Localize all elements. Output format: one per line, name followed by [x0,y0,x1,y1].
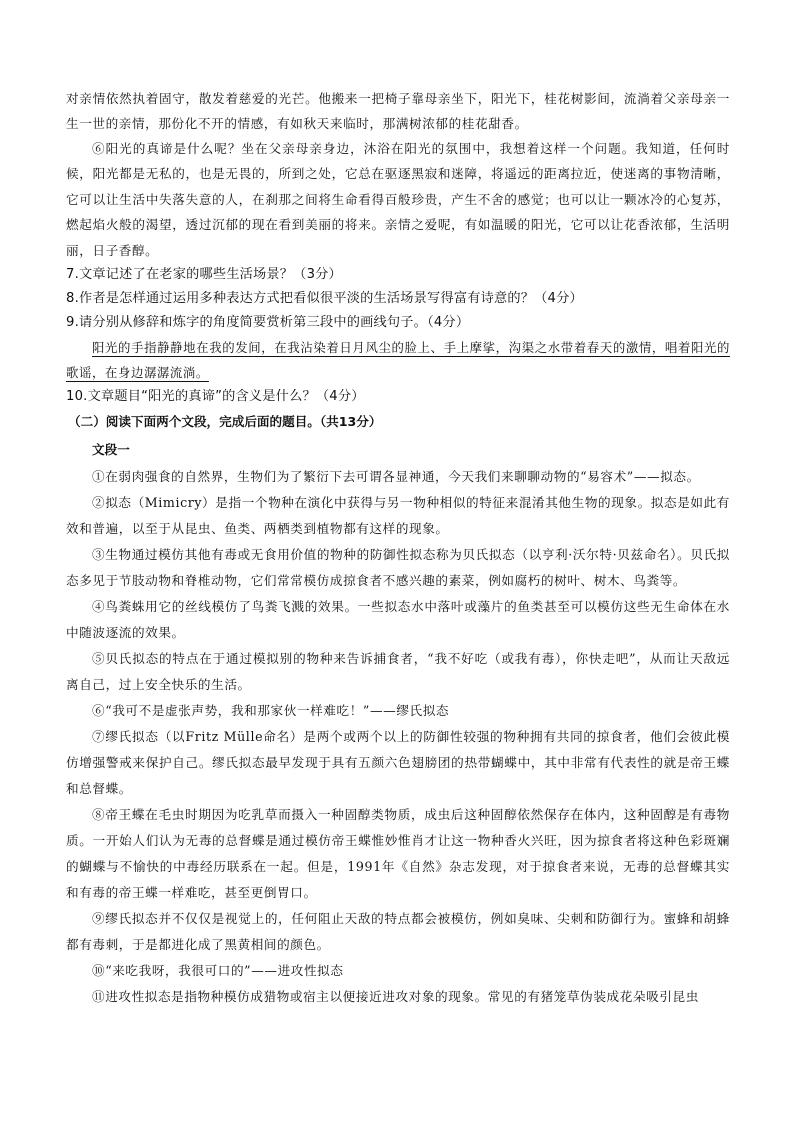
question-8: 8.作者是怎样通过运用多种表达方式把看似很平淡的生活场景写得富有诗意的？（4分） [66,287,730,311]
passage-paragraph-6: ⑥阳光的真谛是什么呢？坐在父亲母亲身边，沐浴在阳光的氛围中，我想着这样一个问题。… [66,136,730,263]
article-paragraph-4: ④鸟粪蛛用它的丝线模仿了鸟粪飞溅的效果。一些拟态水中落叶或藻片的鱼类甚至可以模仿… [66,594,730,646]
exam-page: 对亲情依然执着固守，散发着慈爱的光芒。他搬来一把椅子靠母亲坐下，阳光下，桂花树影… [66,86,730,1010]
question-number: 7. [66,267,79,282]
article-paragraph-3: ③生物通过模仿其他有毒或无食用价值的物种的防御性拟态称为贝氏拟态（以亨利·沃尔特… [66,542,730,594]
question-10: 10.文章题目“阳光的真谛”的含义是什么？（4分） [66,385,730,409]
question-number: 9. [66,315,79,330]
question-7: 7.文章记述了在老家的哪些生活场景？（3分） [66,263,730,287]
article-paragraph-11: ⑪进攻性拟态是指物种模仿成猎物或宿主以便接近进攻对象的现象。常见的有猪笼草伪装成… [66,984,730,1010]
excerpt-one-title: 文段一 [66,436,730,464]
underlined-sentence-text: 阳光的手指静静地在我的发间，在我沾染着日月风尘的脸上、手上摩挲，沟渠之水带着春天… [66,340,730,380]
article-paragraph-9: ⑨缪氏拟态并不仅仅是视觉上的，任何阻止天敌的特点都会被模仿，例如臭味、尖刺和防御… [66,906,730,958]
question-number: 8. [66,291,79,306]
article-paragraph-1: ①在弱肉强食的自然界，生物们为了繁衍下去可谓各显神通，今天我们来聊聊动物的“易容… [66,464,730,490]
article-paragraph-7: ⑦缪氏拟态（以Fritz Mülle命名）是两个或两个以上的防御性较强的物种拥有… [66,724,730,802]
question-list: 7.文章记述了在老家的哪些生活场景？（3分） 8.作者是怎样通过运用多种表达方式… [66,263,730,409]
article-paragraph-6: ⑥“我可不是虚张声势，我和那家伙一样难吃！”——缪氏拟态 [66,698,730,724]
article-paragraph-5: ⑤贝氏拟态的特点在于通过模拟别的物种来告诉捕食者，“我不好吃（或我有毒），你快走… [66,646,730,698]
question-text: 文章题目“阳光的真谛”的含义是什么？（4分） [88,389,365,404]
question-text: 作者是怎样通过运用多种表达方式把看似很平淡的生活场景写得富有诗意的？（4分） [79,291,583,306]
passage-continuation: 对亲情依然执着固守，散发着慈爱的光芒。他搬来一把椅子靠母亲坐下，阳光下，桂花树影… [66,86,730,136]
section-two-title: （二）阅读下面两个文段，完成后面的题目。（共13分） [66,409,730,434]
excerpt-one-body: ①在弱肉强食的自然界，生物们为了繁衍下去可谓各显神通，今天我们来聊聊动物的“易容… [66,464,730,1010]
question-9: 9.请分别从修辞和炼字的角度简要赏析第三段中的画线句子。（4分） [66,311,730,335]
question-text: 请分别从修辞和炼字的角度简要赏析第三段中的画线句子。（4分） [79,315,469,330]
question-text: 文章记述了在老家的哪些生活场景？（3分） [79,267,342,282]
underlined-sentence: 阳光的手指静静地在我的发间，在我沾染着日月风尘的脸上、手上摩挲，沟渠之水带着春天… [66,335,730,385]
article-paragraph-2: ②拟态（Mimicry）是指一个物种在演化中获得与另一物种相似的特征来混淆其他生… [66,490,730,542]
article-paragraph-10: ⑩“来吃我呀，我很可口的”——进攻性拟态 [66,958,730,984]
article-paragraph-8: ⑧帝王蝶在毛虫时期因为吃乳草而摄入一种固醇类物质，成虫后这种固醇依然保存在体内，… [66,802,730,906]
question-number: 10. [66,389,88,404]
